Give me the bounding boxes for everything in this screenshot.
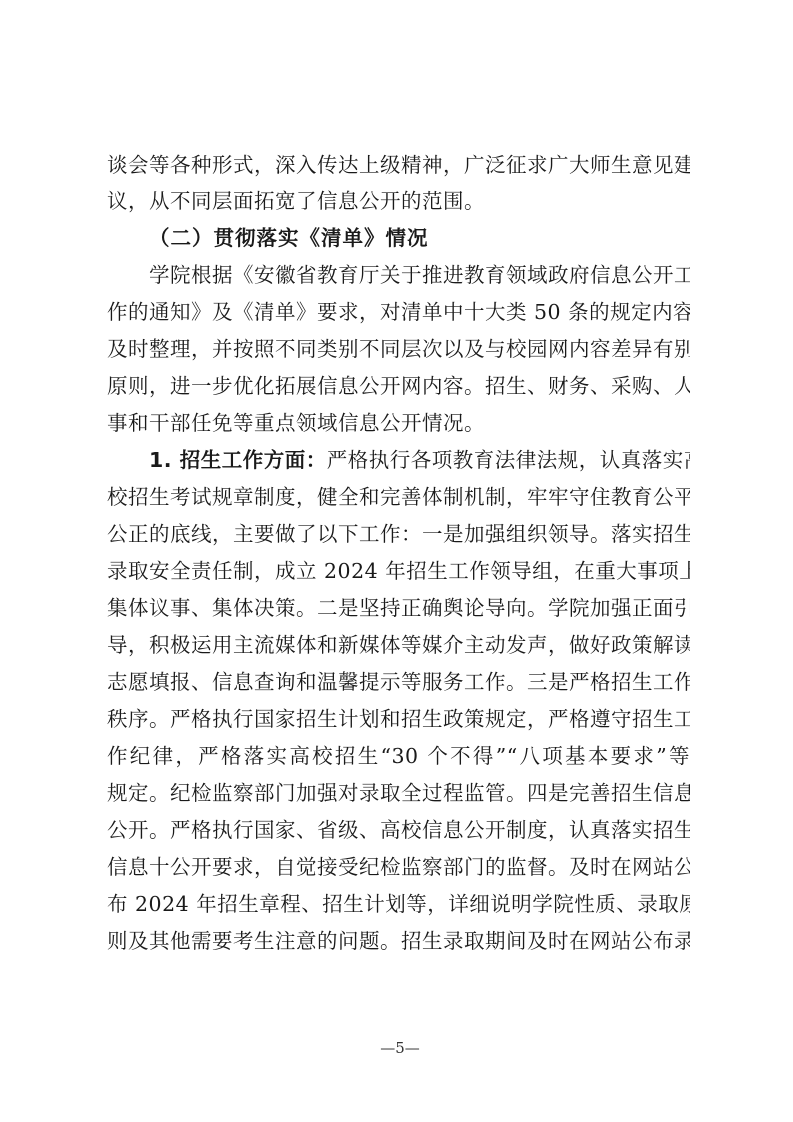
page-number: —5— xyxy=(330,1036,470,1060)
paragraph-line: 1. 招生工作方面：严格执行各项教育法律法规，认真落实高 xyxy=(149,442,690,478)
paragraph-line: 公正的底线，主要做了以下工作：一是加强组织领导。落实招生 xyxy=(107,516,690,552)
paragraph-line: 集体议事、集体决策。二是坚持正确舆论导向。学院加强正面引 xyxy=(107,590,690,626)
paragraph-line: 秩序。严格执行国家招生计划和招生政策规定，严格遵守招生工 xyxy=(107,701,690,737)
paragraph-line: 议，从不同层面拓宽了信息公开的范围。 xyxy=(107,183,690,219)
paragraph-text: 严格执行各项教育法律法规，认真落实高 xyxy=(327,448,690,472)
paragraph-line: 校招生考试规章制度，健全和完善体制机制，牢牢守住教育公平 xyxy=(107,479,690,515)
document-page: 谈会等各种形式，深入传达上级精神，广泛征求广大师生意见建 议，从不同层面拓宽了信… xyxy=(0,0,793,1122)
section-heading: （二）贯彻落实《清单》情况 xyxy=(149,220,690,256)
paragraph-line: 布 2024 年招生章程、招生计划等，详细说明学院性质、录取原 xyxy=(107,886,690,922)
paragraph-line: 志愿填报、信息查询和温馨提示等服务工作。三是严格招生工作 xyxy=(107,664,690,700)
paragraph-line: 则及其他需要考生注意的问题。招生录取期间及时在网站公布录 xyxy=(107,923,690,959)
subsection-lead: 1. 招生工作方面： xyxy=(149,448,327,472)
paragraph-line: 事和干部任免等重点领域信息公开情况。 xyxy=(107,405,690,441)
paragraph-line: 规定。纪检监察部门加强对录取全过程监管。四是完善招生信息 xyxy=(107,775,690,811)
paragraph-line: 信息十公开要求，自觉接受纪检监察部门的监督。及时在网站公 xyxy=(107,849,690,885)
paragraph-line: 录取安全责任制，成立 2024 年招生工作领导组，在重大事项上 xyxy=(107,553,690,589)
paragraph-line: 作纪律，严格落实高校招生“30 个不得”“八项基本要求”等 xyxy=(107,738,690,774)
paragraph-line: 作的通知》及《清单》要求，对清单中十大类 50 条的规定内容 xyxy=(107,294,690,330)
paragraph-line: 及时整理，并按照不同类别不同层次以及与校园网内容差异有别 xyxy=(107,331,690,367)
paragraph-line: 导，积极运用主流媒体和新媒体等媒介主动发声，做好政策解读、 xyxy=(107,627,690,663)
paragraph-line: 谈会等各种形式，深入传达上级精神，广泛征求广大师生意见建 xyxy=(107,147,690,183)
paragraph-line: 公开。严格执行国家、省级、高校信息公开制度，认真落实招生 xyxy=(107,812,690,848)
paragraph-line: 学院根据《安徽省教育厅关于推进教育领域政府信息公开工 xyxy=(149,257,690,293)
paragraph-line: 原则，进一步优化拓展信息公开网内容。招生、财务、采购、人 xyxy=(107,368,690,404)
